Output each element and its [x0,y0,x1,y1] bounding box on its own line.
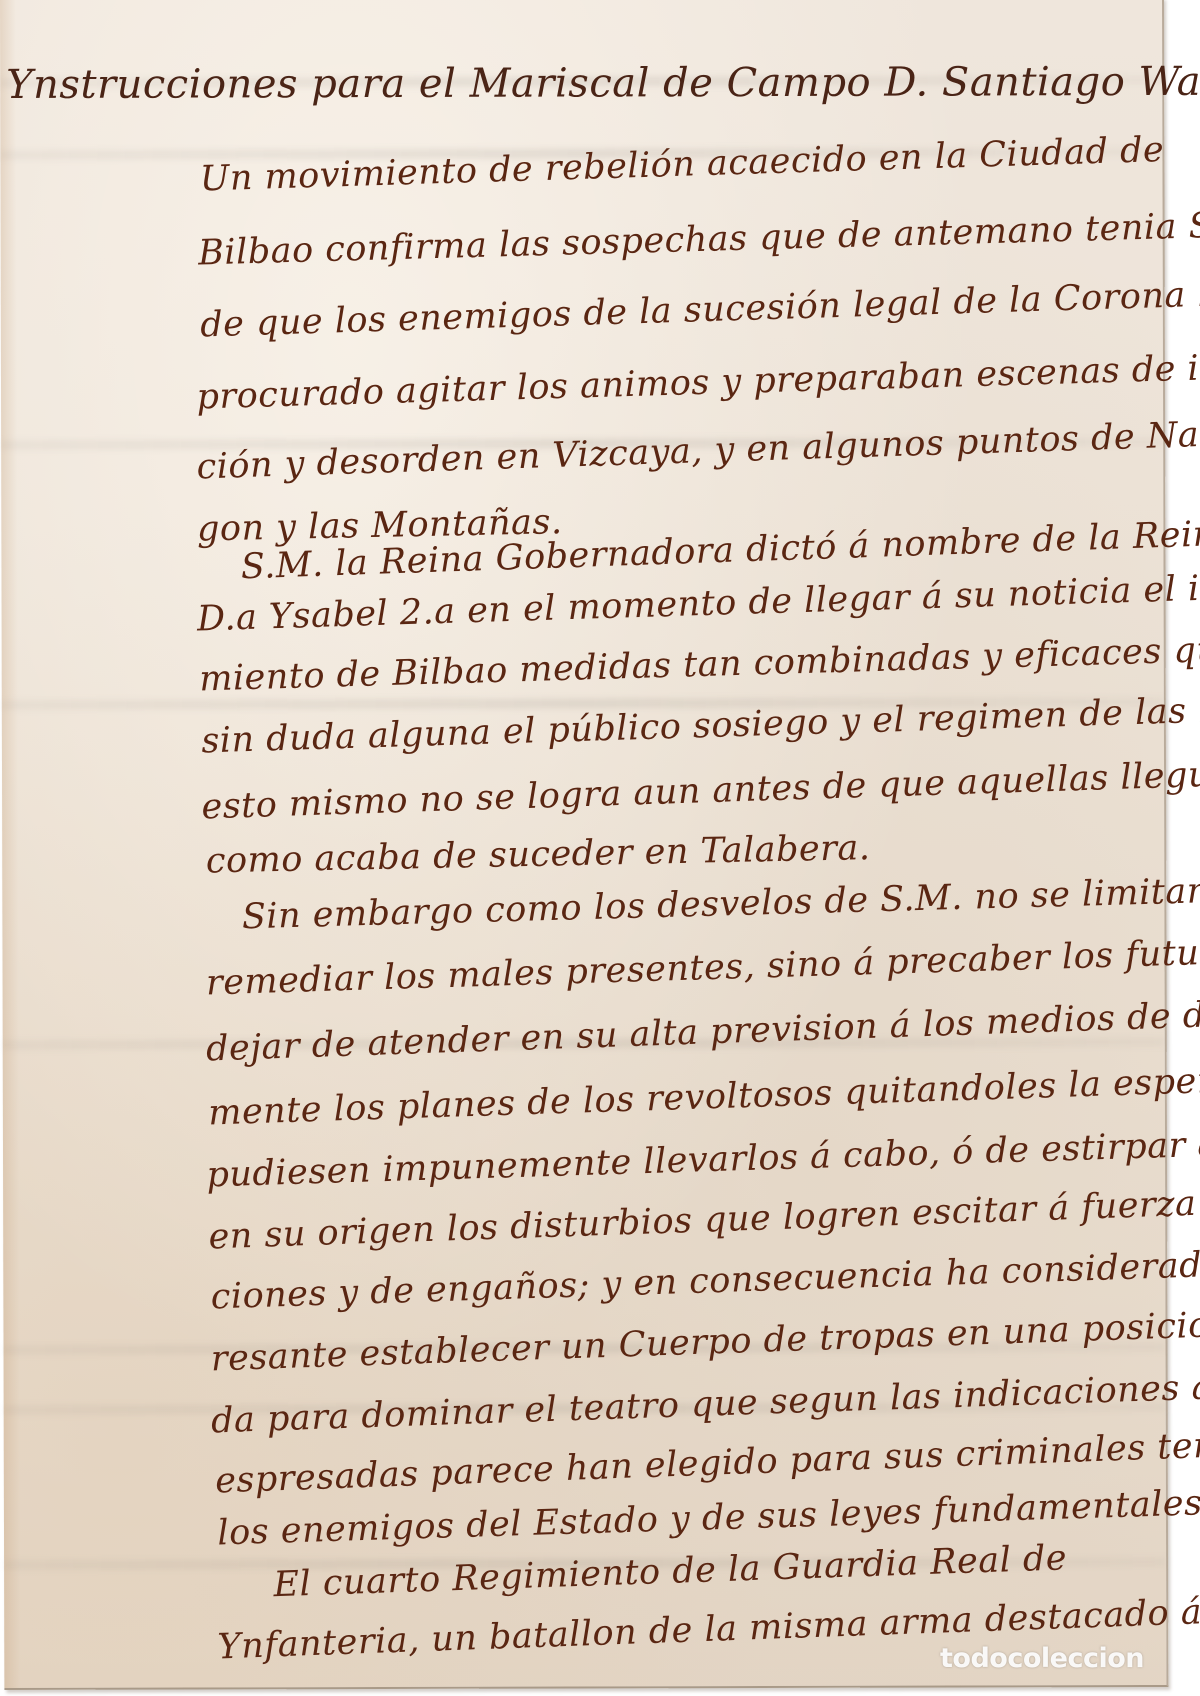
manuscript-line: procurado agitar los animos y preparaban… [196,344,1200,417]
manuscript-line: como acaba de suceder en Talabera. [206,828,871,881]
manuscript-line: da para dominar el teatro que segun las … [210,1364,1200,1441]
manuscript-line: de que los enemigos de la sucesión legal… [200,271,1200,345]
manuscript-line: Sin embargo como los desvelos de S.M. no… [241,870,1200,937]
manuscript-line: esto mismo no se logra aun antes de que … [201,746,1200,828]
manuscript-line: ción y desorden en Vizcaya, y en algunos… [196,409,1200,488]
manuscript-page: Ynstrucciones para el Mariscal de Campo … [0,0,1168,1690]
watermark-logo: todocoleccion [940,1643,1144,1674]
page-edge-stain [0,0,20,1688]
manuscript-line: pudiesen impunemente llevarlos á cabo, ó… [206,1120,1200,1195]
document-title: Ynstrucciones para el Mariscal de Campo … [6,59,1200,108]
manuscript-line: El cuarto Regimiento de la Guardia Real … [273,1538,1068,1605]
manuscript-line: remediar los males presentes, sino á pre… [205,926,1200,1004]
manuscript-line: Un movimiento de rebelión acaecido en la… [199,130,1164,199]
manuscript-line: Bilbao confirma las sospechas que de ant… [198,204,1200,273]
manuscript-line: mente los planes de los revoltosos quita… [208,1054,1200,1134]
